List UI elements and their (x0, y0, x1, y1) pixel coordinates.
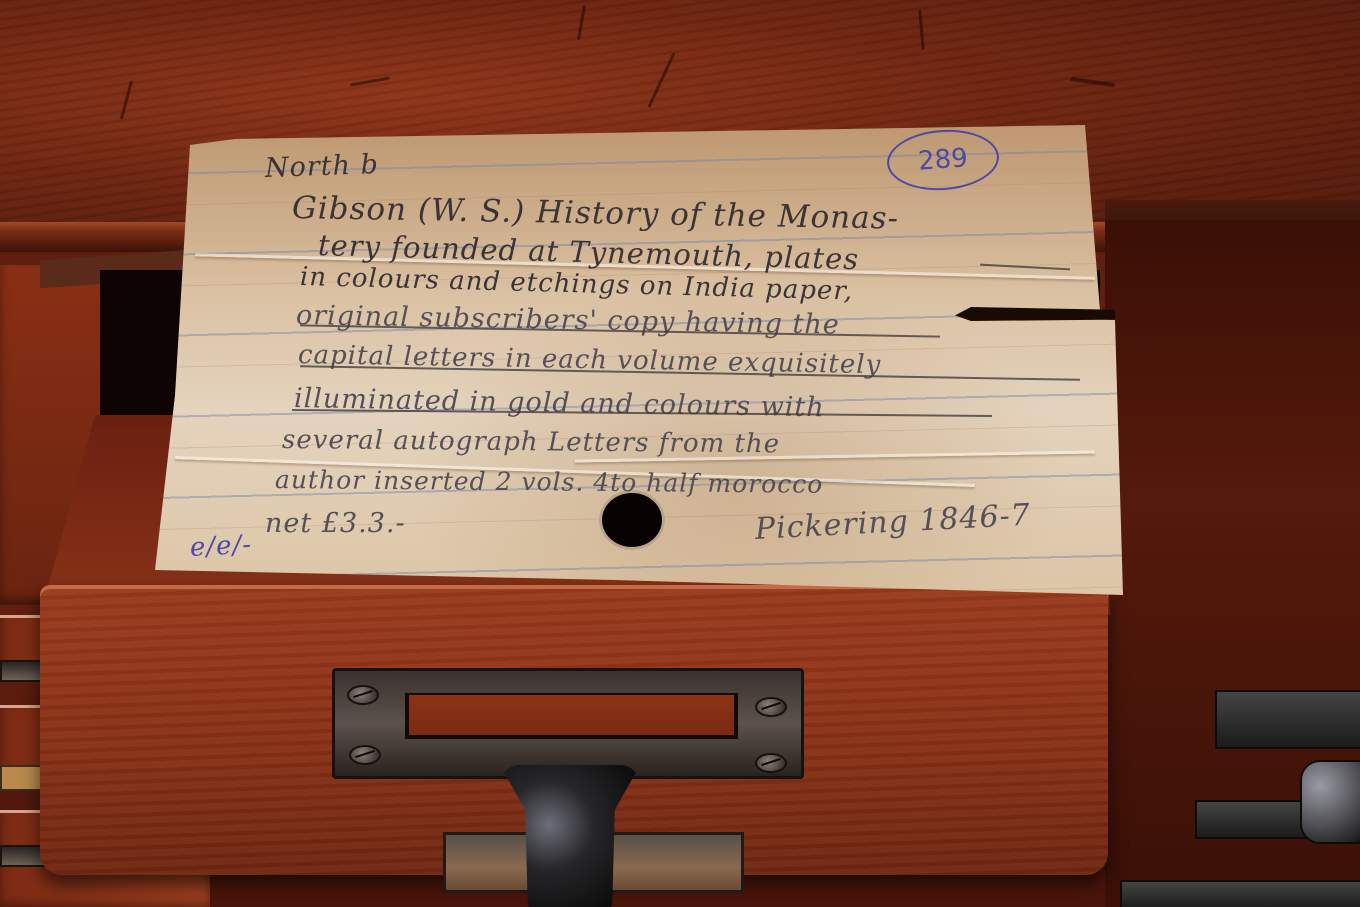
screw-icon (755, 753, 787, 773)
right-drawer-label-holder[interactable] (1215, 690, 1360, 749)
card-line-8: several autograph Letters from the (282, 425, 780, 459)
screw-icon (347, 685, 379, 705)
price-code: e/e/- (189, 530, 253, 563)
label-window (405, 693, 738, 739)
right-drawer-label-holder[interactable] (1120, 880, 1360, 907)
wood-scratch (647, 52, 675, 108)
right-drawer-handle[interactable] (1300, 760, 1360, 844)
card-line-1: North b (264, 149, 379, 184)
photo-scene: 289 North b Gibson (W. S.) History of th… (0, 0, 1360, 907)
wood-scratch (120, 80, 133, 119)
card-line-10: net £3.3.- (265, 508, 406, 539)
screw-icon (349, 745, 381, 765)
card-punch-hole (602, 493, 662, 547)
label-holder[interactable] (332, 668, 804, 779)
wood-scratch (350, 77, 390, 87)
wood-scratch (577, 5, 586, 40)
card-line-9: author inserted 2 vols. 4to half morocco (275, 465, 824, 499)
wood-scratch (1070, 77, 1115, 87)
wood-scratch (918, 10, 924, 50)
screw-icon (755, 697, 787, 717)
